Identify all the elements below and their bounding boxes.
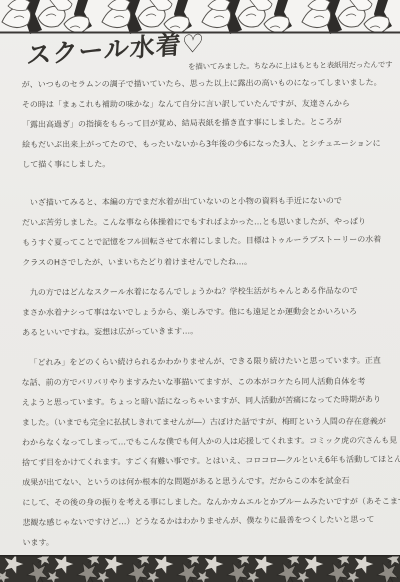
text-line: ました。（いまでも完全に払拭しきれてませんが―）古ぼけた話ですが、梅町という人間… [22, 412, 380, 433]
text-line: 悲観な感じゃないですけど…）どうなるかはわかりませんが、僕なりに最善をつくしたい… [22, 510, 380, 533]
text-line: 九の方ではどんなスクール水着になるんでしょうかね？学校生活がちゃんとある作品なの… [22, 281, 380, 303]
scanned-page: スクール水着♡ を描いてみました。ちなみに上はもともと表紙用だったんです が、い… [0, 0, 400, 582]
text-line: して描く事にしました。 [22, 153, 380, 175]
text-line: が、いつものセラムンの調子で描いていたら、思った以上に露出の高いものになってしま… [22, 73, 380, 95]
text-line: います。 [23, 532, 381, 553]
text-line: 成果が出てない、というのは何か根本的な問題があると思うんです。だからこの本を試金… [22, 471, 380, 493]
text-line: あるといいですね。妄想は広がっていきます…。 [22, 320, 380, 343]
paragraph: 「どれみ」をどのくらい続けられるかわかりませんが、できる限り続けたいと思っていま… [21, 351, 380, 553]
text-line: えようと思っています。ちょっと暗い話になっちゃいますが、同人活動が苦痛になってた… [22, 390, 380, 413]
leaf-border-icon [0, 555, 400, 582]
text-line: 「露出高過ぎ」の指摘をもらって目が覚め、結局表紙を描き直す事にしました。ところが [22, 112, 380, 135]
bottom-border-decoration [0, 555, 400, 582]
text-line: 絵もだいぶ出来上がってたので、もったいないから3年後の少6になった3人、とシチュ… [22, 134, 380, 155]
title-lead-text: を描いてみました。ちなみに上はもともと表紙用だったんです [188, 59, 400, 72]
text-line: 捨てず目をかけてくれます。すごく有難い事です。とはいえ、コロコロ―クルといえ6年… [22, 450, 380, 473]
text-line: 「どれみ」をどのくらい続けられるかわかりませんが、できる限り続けたいと思っていま… [21, 351, 379, 373]
text-line: もうすぐ夏ってことで記憶をフル回転させて水着にしました。目標はトゥルーラブストー… [22, 230, 380, 253]
paragraph: 九の方ではどんなスクール水着になるんでしょうかね？学校生活がちゃんとある作品なの… [22, 281, 380, 343]
paragraph: いざ描いてみると、本編の方でまだ水着が出ていないのと小物の資料も手近にないのでだ… [22, 191, 380, 273]
text-line: クラスのHさでしたが、いまいちたどり着けませんでしたね…。 [22, 252, 380, 273]
paragraph: が、いつものセラムンの調子で描いていたら、思った以上に露出の高いものになってしま… [22, 73, 381, 175]
title-row: スクール水着♡ を描いてみました。ちなみに上はもともと表紙用だったんです [26, 36, 386, 78]
text-line: いざ描いてみると、本編の方でまだ水着が出ていないのと小物の資料も手近にないので [22, 191, 380, 213]
